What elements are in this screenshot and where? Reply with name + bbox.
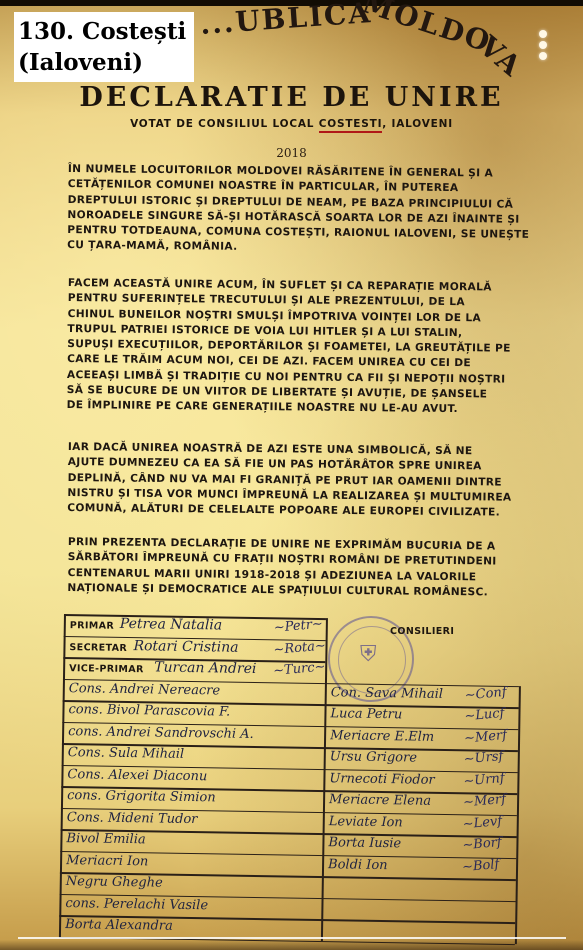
paragraph: ÎN NUMELE LOCUITORILOR MOLDOVEI RĂSĂRITE…: [67, 162, 568, 259]
video-progress-bar[interactable]: [18, 937, 566, 939]
subtitle-suffix: , IALOVENI: [382, 118, 453, 130]
paragraph: FACEM ACEASTĂ UNIRE ACUM, ÎN SUFLET ȘI C…: [67, 276, 568, 419]
signature-mark: ~Ursf: [463, 749, 504, 767]
councillor-name: Ursu Grigore: [330, 749, 417, 765]
councillor-name: Meriacre E.Elm: [330, 728, 434, 745]
dot: [539, 52, 547, 60]
signature-mark: ~Levf: [462, 813, 503, 831]
official-role: PRIMAR: [70, 620, 115, 632]
bottom-shadow: [0, 940, 583, 950]
councillor-name: Cons. Andrei Nereacre: [69, 681, 220, 698]
councillor-name: Meriacri Ion: [66, 853, 148, 869]
dot: [539, 30, 547, 38]
arc-header-part: ...UBLICA: [199, 0, 373, 41]
councillor-name: cons. Bivol Parascovia F.: [68, 702, 230, 720]
signature-mark: ~Lucf: [464, 706, 505, 724]
councillor-name: Borta Iusie: [328, 835, 401, 851]
caption-label: 130. Costești (Ialoveni): [14, 12, 194, 82]
signature-mark: ~Borf: [462, 835, 502, 853]
signature-mark: ~Urnf: [463, 770, 505, 789]
councillor-name: Cons. Mideni Tudor: [67, 810, 198, 827]
paragraph: IAR DACĂ UNIREA NOASTRĂ DE AZI ESTE UNA …: [67, 440, 568, 522]
paragraph: PRIN PREZENTA DECLARAȚIE DE UNIRE NE EXP…: [67, 535, 568, 601]
councillor-name: Meriacre Elena: [329, 792, 431, 809]
subtitle-highlight: COSTESTI: [319, 118, 383, 133]
signature-mark: ~Bolf: [462, 856, 500, 874]
official-name: Rotari Cristina: [133, 638, 238, 656]
document-title: DECLARATIE DE UNIRE: [0, 82, 583, 113]
councillor-name: cons. Perelachi Vasile: [65, 896, 208, 913]
table-column-rule: [59, 614, 66, 936]
councillor-name: Bivol Emilia: [66, 831, 145, 847]
councillor-name: Cons. Sula Mihail: [68, 745, 185, 762]
councillor-name: Cons. Alexei Diaconu: [67, 767, 207, 784]
councillor-name: cons. Grigorita Simion: [67, 788, 216, 805]
signature-mark: ~Merf: [464, 727, 508, 746]
caption-line-2: (Ialoveni): [18, 47, 194, 78]
signature-table: PRIMARPetrea Natalia~Petr~SECRETARRotari…: [59, 614, 524, 950]
official-name: Petrea Natalia: [120, 616, 223, 634]
signature-mark: ~Turc~: [273, 659, 326, 679]
signature-mark: ~Petr~: [273, 617, 323, 636]
councillor-name: Luca Petru: [330, 706, 402, 722]
councillor-name: Con. Sava Mihail: [331, 685, 443, 702]
signature-mark: ~Conf: [464, 684, 507, 703]
video-frame[interactable]: ...UBLICA MOLDO VA 130. Costești (Ialove…: [0, 0, 583, 950]
official-role: SECRETAR: [69, 642, 127, 654]
caption-line-1: 130. Costești: [18, 16, 194, 47]
councillor-name: Boldi Ion: [328, 857, 388, 873]
signature-mark: ~Rota~: [273, 638, 327, 658]
councillor-name: Negru Gheghe: [66, 874, 163, 891]
subtitle-prefix: VOTAT DE CONSILIUL LOCAL: [130, 118, 319, 130]
councillor-name: Leviate Ion: [329, 814, 403, 830]
signature-mark: ~Merf: [463, 792, 507, 811]
document-year: 2018: [0, 146, 583, 160]
dot: [539, 41, 547, 49]
councillor-name: Urnecoti Fiodor: [329, 771, 434, 788]
official-name: Turcan Andrei: [154, 659, 256, 677]
councillor-name: cons. Andrei Sandrovschi A.: [68, 724, 254, 742]
official-role: VICE-PRIMAR: [69, 663, 144, 675]
document-subtitle: VOTAT DE CONSILIUL LOCAL COSTESTI, IALOV…: [0, 118, 583, 130]
councillor-name: Borta Alexandra: [65, 917, 173, 934]
more-vertical-icon[interactable]: [537, 30, 549, 64]
